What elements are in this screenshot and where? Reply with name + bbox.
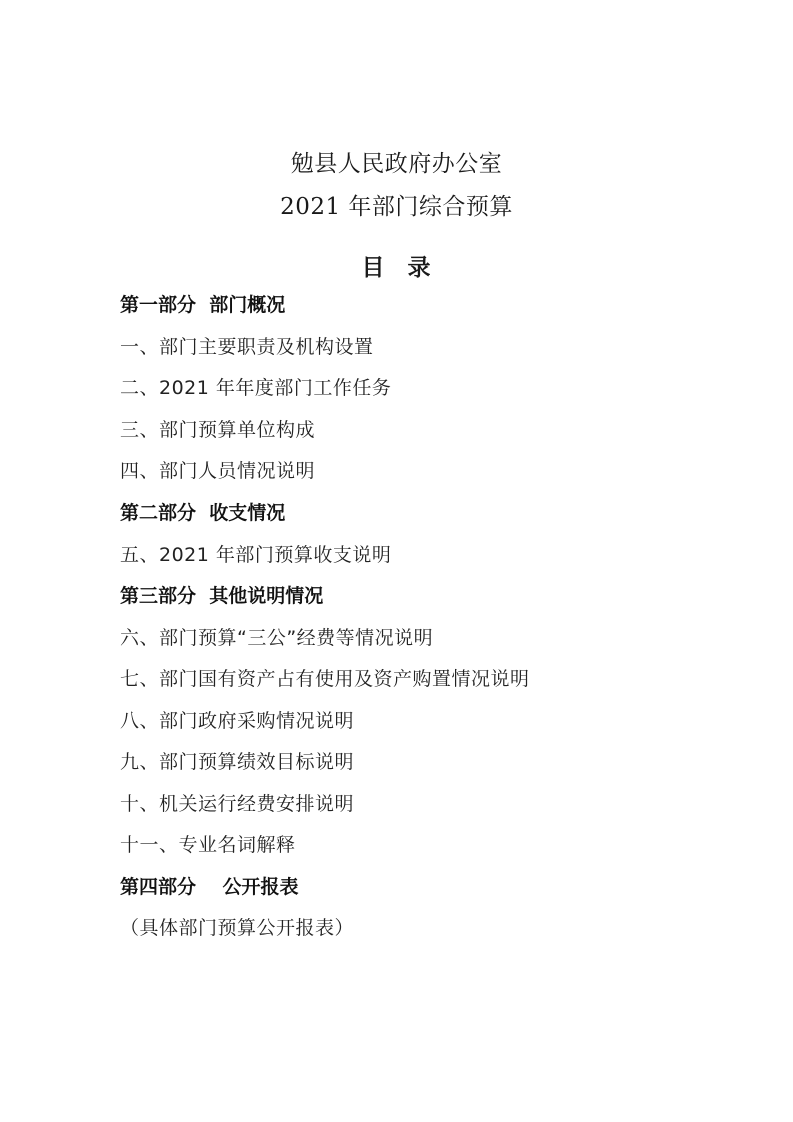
toc-item-11: 十一、专业名词解释 (120, 833, 296, 857)
toc-heading: 目录 (0, 249, 793, 282)
toc-item-7: 七、部门国有资产占有使用及资产购置情况说明 (120, 667, 530, 691)
toc-item-6: 六、部门预算“三公”经费等情况说明 (120, 626, 433, 650)
toc-heading-left: 目 (362, 255, 386, 281)
document-title-organization: 勉县人民政府办公室 (0, 145, 793, 178)
toc-item-2: 二、2021 年年度部门工作任务 (120, 376, 391, 400)
toc-part-3: 第三部分 其他说明情况 (120, 584, 323, 608)
toc-item-1: 一、部门主要职责及机构设置 (120, 335, 374, 359)
toc-item-9: 九、部门预算绩效目标说明 (120, 750, 354, 774)
toc-heading-right: 录 (408, 255, 432, 281)
toc-item-reports: （具体部门预算公开报表） (120, 916, 354, 940)
toc-item-4: 四、部门人员情况说明 (120, 459, 315, 483)
toc-item-3: 三、部门预算单位构成 (120, 418, 315, 442)
toc-part-1: 第一部分 部门概况 (120, 293, 285, 317)
toc-item-10: 十、机关运行经费安排说明 (120, 792, 354, 816)
toc-part-2: 第二部分 收支情况 (120, 501, 285, 525)
document-title-budget: 2021 年部门综合预算 (0, 188, 793, 221)
toc-part-4: 第四部分 公开报表 (120, 875, 298, 899)
toc-item-8: 八、部门政府采购情况说明 (120, 709, 354, 733)
toc-item-5: 五、2021 年部门预算收支说明 (120, 543, 391, 567)
